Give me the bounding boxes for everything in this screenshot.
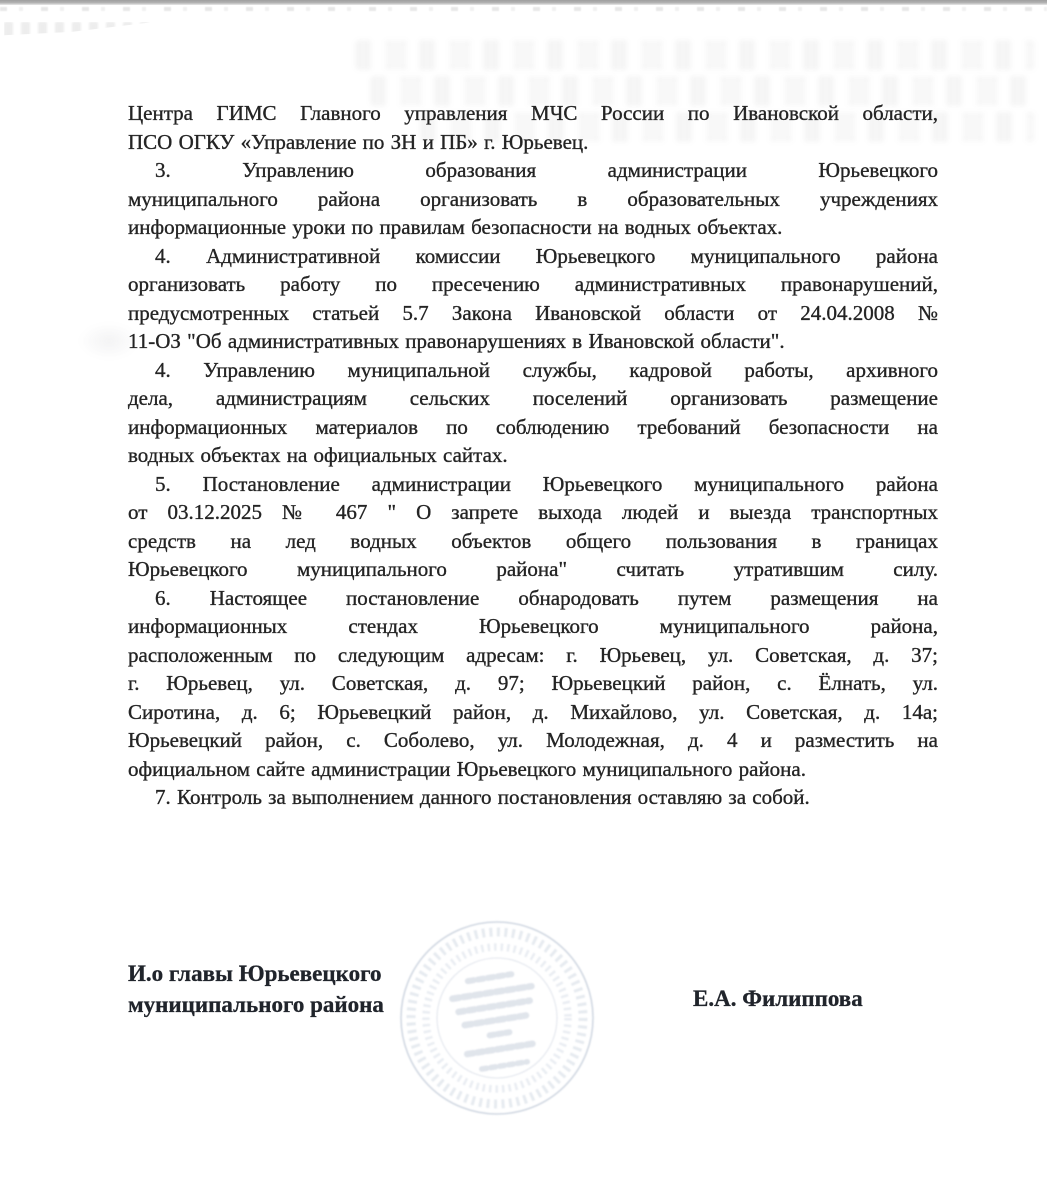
document-line: информационные уроки по правилам безопас…: [128, 213, 938, 242]
document-line: муниципального района организовать в обр…: [128, 185, 938, 214]
document-line: 5. Постановление администрации Юрьевецко…: [128, 470, 938, 499]
scan-noise-artifact: [0, 7, 1047, 11]
signatory-title-line: муниципального района: [128, 990, 384, 1021]
document-line: от 03.12.2025 № 467 " О запрете выхода л…: [128, 498, 938, 527]
document-line: 11-ОЗ "Об административных правонарушени…: [128, 327, 938, 356]
document-line: 3. Управлению образования администрации …: [128, 156, 938, 185]
document-line: официальном сайте администрации Юрьевецк…: [128, 755, 938, 784]
document-line: 7. Контроль за выполнением данного поста…: [128, 783, 938, 812]
bleed-through-ghost: [355, 40, 1035, 70]
signatory-title: И.о главы Юрьевецкого муниципального рай…: [128, 959, 384, 1020]
document-line: средств на лед водных объектов общего по…: [128, 527, 938, 556]
scan-speck-artifact: [4, 22, 154, 44]
scan-edge-artifact: [0, 0, 1047, 5]
document-line: 4. Управлению муниципальной службы, кадр…: [128, 356, 938, 385]
document-line: информационных материалов по соблюдению …: [128, 413, 938, 442]
document-line: информационных стендах Юрьевецкого муниц…: [128, 612, 938, 641]
signatory-title-line: И.о главы Юрьевецкого: [128, 959, 384, 990]
document-line: расположенным по следующим адресам: г. Ю…: [128, 641, 938, 670]
official-round-seal-stamp: [390, 911, 604, 1125]
document-line: Сиротина, д. 6; Юрьевецкий район, д. Мих…: [128, 698, 938, 727]
document-line: 6. Настоящее постановление обнародовать …: [128, 584, 938, 613]
document-line: 4. Административной комиссии Юрьевецкого…: [128, 242, 938, 271]
document-line: дела, администрациям сельских поселений …: [128, 384, 938, 413]
signatory-name: Е.А. Филиппова: [693, 986, 863, 1012]
document-line: предусмотренных статьей 5.7 Закона Ивано…: [128, 299, 938, 328]
document-line: водных объектах на официальных сайтах.: [128, 441, 938, 470]
document-line: Юрьевецкий район, с. Соболево, ул. Молод…: [128, 726, 938, 755]
document-line: ПСО ОГКУ «Управление по ЗН и ПБ» г. Юрье…: [128, 128, 938, 157]
document-line: организовать работу по пресечению админи…: [128, 270, 938, 299]
document-line: Центра ГИМС Главного управления МЧС Росс…: [128, 99, 938, 128]
document-body-text: Центра ГИМС Главного управления МЧС Росс…: [128, 99, 938, 812]
scanned-document-page: Центра ГИМС Главного управления МЧС Росс…: [0, 0, 1047, 1200]
document-line: г. Юрьевец, ул. Советская, д. 97; Юрьеве…: [128, 669, 938, 698]
document-line: Юрьевецкого муниципального района" счита…: [128, 555, 938, 584]
